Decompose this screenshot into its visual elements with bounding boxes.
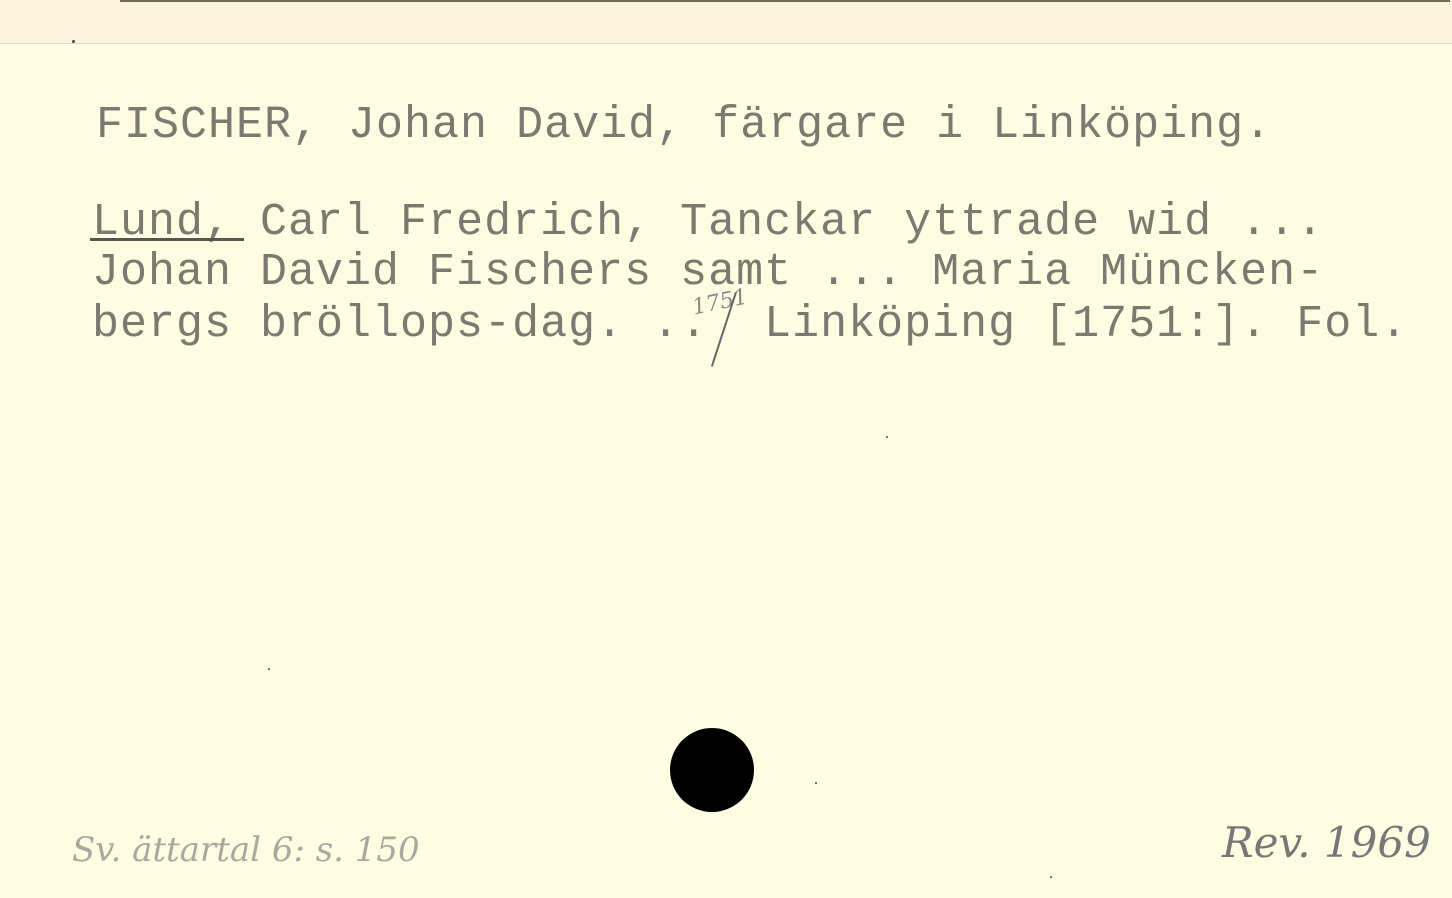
handwritten-revision-note: Rev. 1969: [1222, 818, 1431, 867]
entry-line-1: Lund, Carl Fredrich, Tanckar yttrade wid…: [92, 200, 1324, 245]
paper-speck: [1050, 876, 1052, 878]
catalog-card: FISCHER, Johan David, färgare i Linköpin…: [0, 0, 1452, 898]
paper-speck: [815, 782, 817, 784]
punch-hole: [670, 728, 754, 812]
handwritten-source-note: Sv. ättartal 6: s. 150: [72, 830, 420, 870]
paper-speck: [886, 436, 888, 438]
author-underline: [90, 238, 244, 241]
paper-speck: [268, 668, 270, 670]
card-top-strip: [0, 0, 1452, 44]
card-heading: FISCHER, Johan David, färgare i Linköpin…: [96, 103, 1272, 148]
entry-title-start: Carl Fredrich, Tanckar yttrade wid ...: [232, 197, 1324, 248]
paper-speck: [72, 40, 75, 43]
card-top-edge: [120, 0, 1450, 2]
entry-line-2: Johan David Fischers samt ... Maria Münc…: [92, 250, 1324, 295]
